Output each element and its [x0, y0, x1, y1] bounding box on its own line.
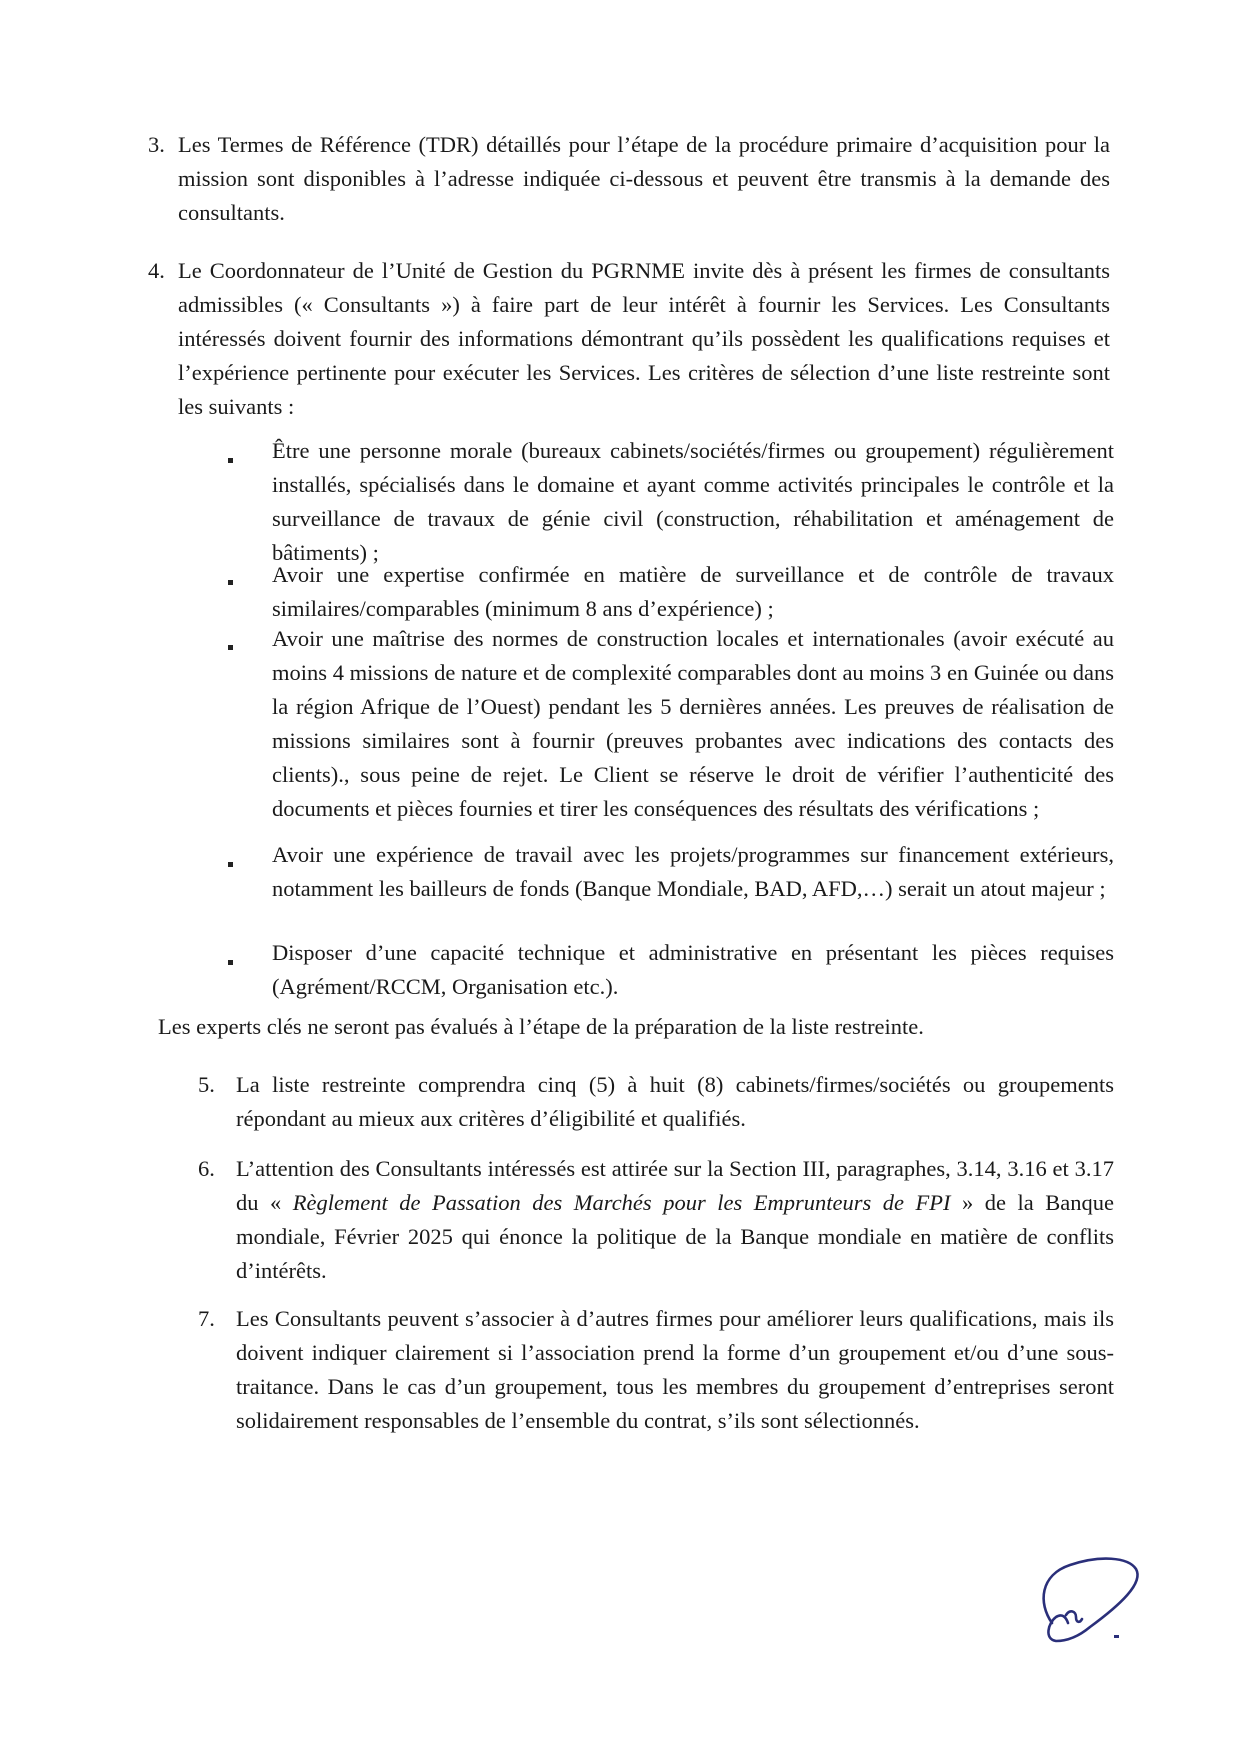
criterion-5: Disposer d’une capacité technique et adm…: [272, 936, 1114, 1004]
bullet-icon: [228, 458, 233, 463]
item-number: 6.: [198, 1152, 215, 1186]
regulation-title: Règlement de Passation des Marchés pour …: [293, 1190, 951, 1215]
criterion-2: Avoir une expertise confirmée en matière…: [272, 558, 1114, 626]
item-3-text: Les Termes de Référence (TDR) détaillés …: [178, 128, 1110, 230]
item-number: 3.: [148, 128, 165, 162]
item-number: 5.: [198, 1068, 215, 1102]
bullet-icon: [228, 862, 233, 867]
item-7-text: Les Consultants peuvent s’associer à d’a…: [236, 1302, 1114, 1438]
bullet-icon: [228, 960, 233, 965]
item-4-text: Le Coordonnateur de l’Unité de Gestion d…: [178, 254, 1110, 424]
bullet-icon: [228, 645, 233, 650]
document-page: 3. Les Termes de Référence (TDR) détaill…: [0, 0, 1240, 1754]
criterion-3: Avoir une maîtrise des normes de constru…: [272, 622, 1114, 826]
item-number: 7.: [198, 1302, 215, 1336]
bullet-icon: [228, 580, 233, 585]
item-number: 4.: [148, 254, 165, 288]
item-5-text: La liste restreinte comprendra cinq (5) …: [236, 1068, 1114, 1136]
item-6-text: L’attention des Consultants intéressés e…: [236, 1152, 1114, 1288]
criterion-4: Avoir une expérience de travail avec les…: [272, 838, 1114, 906]
experts-note: Les experts clés ne seront pas évalués à…: [158, 1010, 1118, 1044]
criterion-1: Être une personne morale (bureaux cabine…: [272, 434, 1114, 570]
signature-icon: [1030, 1545, 1150, 1655]
